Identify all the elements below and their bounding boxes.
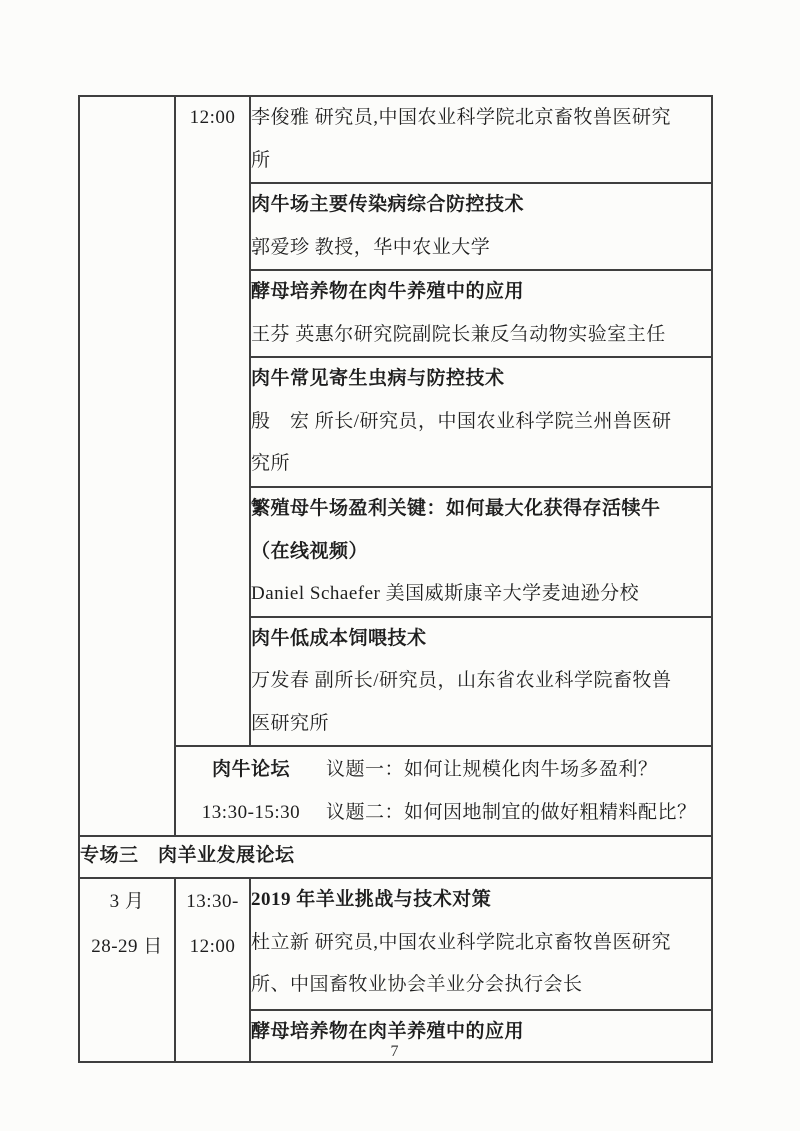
table-row: 12:00 李俊雅 研究员,中国农业科学院北京畜牧兽医研究 所	[79, 96, 712, 183]
session-title: 2019 年羊业挑战与技术对策	[251, 879, 711, 922]
speaker-line: Daniel Schaefer 美国威斯康辛大学麦迪逊分校	[251, 573, 711, 616]
session-cell: 2019 年羊业挑战与技术对策 杜立新 研究员,中国农业科学院北京畜牧兽医研究 …	[250, 878, 712, 1010]
session-title: 肉牛常见寄生虫病与防控技术	[251, 358, 711, 401]
section-header: 专场三 肉羊业发展论坛	[79, 836, 712, 878]
date-cell: 3 月 28-29 日	[79, 878, 175, 1062]
session-title: 繁殖母牛场盈利关键：如何最大化获得存活犊牛	[251, 488, 711, 531]
session-cell: 肉牛场主要传染病综合防控技术 郭爱珍 教授，华中农业大学	[250, 183, 712, 270]
speaker-line: 医研究所	[251, 703, 711, 746]
session-cell: 酵母培养物在肉牛养殖中的应用 王芬 英惠尔研究院副院长兼反刍动物实验室主任	[250, 270, 712, 357]
schedule-table: 12:00 李俊雅 研究员,中国农业科学院北京畜牧兽医研究 所 肉牛场主要传染病…	[78, 95, 713, 1063]
forum-cell: 肉牛论坛 议题一：如何让规模化肉牛场多盈利？ 13:30-15:30 议题二：如…	[175, 746, 712, 836]
speaker-line: 殷 宏 所长/研究员，中国农业科学院兰州兽医研	[251, 401, 711, 444]
session-cell: 肉牛低成本饲喂技术 万发春 副所长/研究员，山东省农业科学院畜牧兽 医研究所	[250, 617, 712, 747]
forum-topic: 议题二：如何因地制宜的做好粗精料配比？	[326, 791, 711, 834]
date-line: 3 月	[80, 879, 174, 924]
scanned-page: 12:00 李俊雅 研究员,中国农业科学院北京畜牧兽医研究 所 肉牛场主要传染病…	[0, 0, 800, 1131]
page-number: 7	[78, 1043, 711, 1061]
forum-time: 13:30-15:30	[176, 791, 326, 834]
session-cell: 肉牛常见寄生虫病与防控技术 殷 宏 所长/研究员，中国农业科学院兰州兽医研 究所	[250, 357, 712, 487]
time-cell: 13:30- 12:00	[175, 878, 250, 1062]
speaker-line: 万发春 副所长/研究员，山东省农业科学院畜牧兽	[251, 660, 711, 703]
date-line: 28-29 日	[80, 924, 174, 969]
speaker-line: 郭爱珍 教授，华中农业大学	[251, 227, 711, 270]
session-title: 肉牛场主要传染病综合防控技术	[251, 184, 711, 227]
time-line: 12:00	[176, 924, 249, 969]
session-cell: 李俊雅 研究员,中国农业科学院北京畜牧兽医研究 所	[250, 96, 712, 183]
forum-layout: 肉牛论坛 议题一：如何让规模化肉牛场多盈利？ 13:30-15:30 议题二：如…	[176, 747, 711, 834]
speaker-line: 究所	[251, 443, 711, 486]
speaker-line: 所、中国畜牧业协会羊业分会执行会长	[251, 964, 711, 1007]
speaker-line: 李俊雅 研究员,中国农业科学院北京畜牧兽医研究	[251, 97, 711, 140]
speaker-line: 所	[251, 140, 711, 183]
forum-name: 肉牛论坛	[176, 748, 326, 791]
time-line: 13:30-	[176, 879, 249, 924]
forum-topic: 议题一：如何让规模化肉牛场多盈利？	[326, 748, 711, 791]
session-title: 酵母培养物在肉牛养殖中的应用	[251, 271, 711, 314]
table-row: 专场三 肉羊业发展论坛	[79, 836, 712, 878]
time-value: 12:00	[176, 97, 249, 139]
date-cell-empty	[79, 96, 175, 836]
speaker-line: 杜立新 研究员,中国农业科学院北京畜牧兽医研究	[251, 922, 711, 965]
session-title: 肉牛低成本饲喂技术	[251, 618, 711, 661]
time-cell: 12:00	[175, 96, 250, 746]
table-row: 3 月 28-29 日 13:30- 12:00 2019 年羊业挑战与技术对策…	[79, 878, 712, 1010]
session-cell: 繁殖母牛场盈利关键：如何最大化获得存活犊牛 （在线视频） Daniel Scha…	[250, 487, 712, 617]
speaker-line: 王芬 英惠尔研究院副院长兼反刍动物实验室主任	[251, 314, 711, 357]
session-title-line2: （在线视频）	[251, 531, 711, 574]
